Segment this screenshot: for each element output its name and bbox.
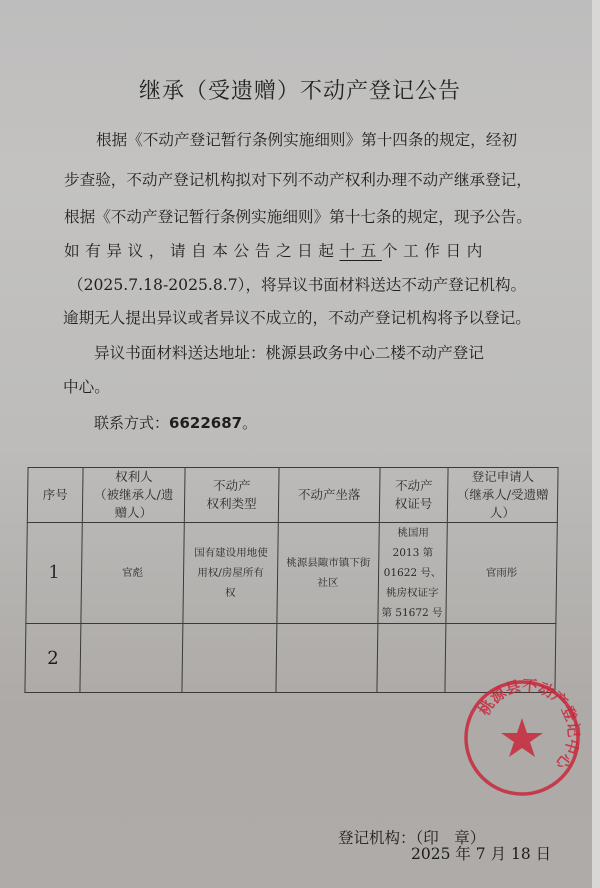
cell-certificate: 桃国用2013 第01622 号、桃房权证字第 51672 号 (378, 523, 447, 624)
contact-phone: 6622687 (169, 414, 242, 432)
announcement-date: 2025 年 7 月 18 日 (411, 842, 551, 864)
paragraph-5: （2025.7.18-2025.8.7），将异议书面材料送达不动产登记机构。 (68, 273, 526, 295)
official-seal-icon: 桃源县不动产登记中心 (462, 678, 582, 798)
svg-text:桃源县不动产登记中心: 桃源县不动产登记中心 (474, 678, 582, 780)
paragraph-6: 逾期无人提出异议或者异议不成立的，不动产登记机构将予以登记。 (63, 306, 531, 328)
paragraph-7: 异议书面材料送达地址：桃源县政务中心二楼不动产登记 (94, 341, 484, 363)
header-right-type: 不动产权利类型 (184, 468, 279, 523)
paragraph-4: 如有异议，请自本公告之日起十五个工作日内 (64, 239, 488, 261)
objection-text-after: 个工作日内 (382, 242, 488, 260)
cell-owner: 官彪 (81, 523, 184, 624)
paragraph-3: 根据《不动产登记暂行条例实施细则》第十七条的规定，现予公告。 (64, 205, 532, 227)
page-edge (592, 0, 600, 888)
property-table: 序号 权利人（被继承人/遗赠人） 不动产权利类型 不动产坐落 不动产权证号 登记… (24, 467, 558, 693)
table-header-row: 序号 权利人（被继承人/遗赠人） 不动产权利类型 不动产坐落 不动产权证号 登记… (27, 468, 558, 523)
objection-days: 十五 (340, 242, 382, 260)
contact-end: 。 (242, 414, 257, 432)
paragraph-8: 中心。 (63, 375, 110, 397)
cell-location (276, 624, 378, 693)
table-row: 1 官彪 国有建设用地使用权/房屋所有权 桃源县陬市镇下街社区 桃国用2013 … (26, 523, 557, 624)
paragraph-2: 步查验，不动产登记机构拟对下列不动产权利办理不动产继承登记， (64, 168, 532, 190)
header-certificate: 不动产权证号 (379, 468, 448, 523)
cell-applicant: 官雨彤 (446, 523, 557, 624)
header-index: 序号 (27, 468, 83, 523)
cell-right-type: 国有建设用地使用权/房屋所有权 (183, 523, 278, 624)
cell-index: 2 (25, 624, 81, 693)
document-title: 继承（受遗赠）不动产登记公告 (0, 74, 600, 105)
cell-certificate (377, 624, 446, 693)
cell-right-type (182, 624, 277, 693)
header-applicant: 登记申请人（继承人/受遗赠人） (447, 468, 558, 523)
cell-owner (80, 624, 183, 693)
cell-index: 1 (26, 523, 82, 624)
cell-location: 桃源县陬市镇下街社区 (277, 523, 379, 624)
paragraph-1: 根据《不动产登记暂行条例实施细则》第十四条的规定，经初 (96, 128, 517, 150)
contact-label: 联系方式： (94, 414, 169, 432)
header-owner: 权利人（被继承人/遗赠人） (82, 468, 185, 523)
objection-text-before: 如有异议，请自本公告之日起 (64, 242, 340, 260)
header-location: 不动产坐落 (278, 468, 380, 523)
contact-line: 联系方式：6622687。 (94, 412, 257, 433)
